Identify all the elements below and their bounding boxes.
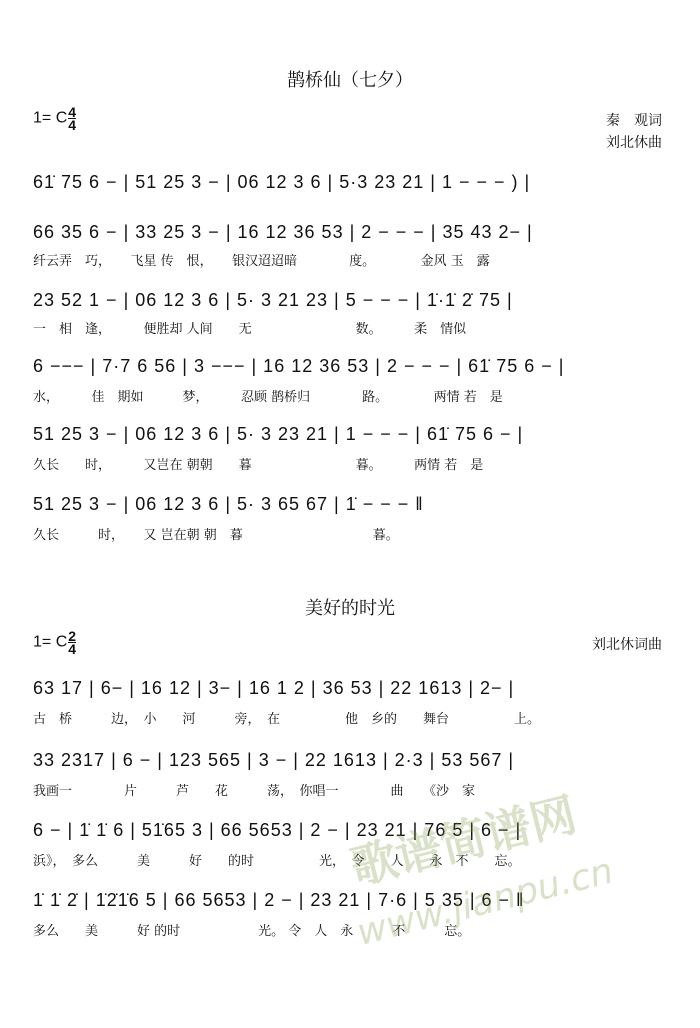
key-label: 1= C bbox=[33, 634, 67, 651]
lyricist-credit: 秦 观词 bbox=[606, 110, 662, 130]
notation-line: 51 25 3 − | 06 12 3 6 | 5· 3 23 21 | 1 −… bbox=[33, 424, 523, 445]
key-label: 1= C bbox=[33, 110, 67, 127]
key-signature-1: 1= C44 bbox=[33, 106, 76, 131]
lyric-line: 纤云弄 巧， 飞星 传 恨， 银汉迢迢暗 度。 金风 玉 露 bbox=[33, 250, 490, 269]
score-title-1: 鹊桥仙（七夕） bbox=[0, 66, 700, 92]
notation-line: 66 35 6 − | 33 25 3 − | 16 12 36 53 | 2 … bbox=[33, 222, 533, 243]
time-signature: 24 bbox=[68, 630, 76, 655]
lyric-line: 久长 时， 又 岂在朝 朝 暮 暮。 bbox=[33, 524, 399, 543]
notation-line: 61̇ 75 6 − | 51 25 3 − | 06 12 3 6 | 5·3… bbox=[33, 172, 530, 193]
key-signature-2: 1= C24 bbox=[33, 630, 76, 655]
lyric-line: 一 相 逢， 便胜却 人间 无 数。 柔 情似 bbox=[33, 318, 466, 337]
composer-credit: 刘北休词曲 bbox=[592, 634, 662, 654]
lyric-line: 久长 时， 又岂在 朝朝 暮 暮。 两情 若 是 bbox=[33, 454, 483, 473]
notation-line: 63 17 | 6− | 16 12 | 3− | 16 1 2 | 36 53… bbox=[33, 678, 514, 699]
lyric-line: 我画一 片 芦 花 荡， 你唱一 曲 《沙 家 bbox=[33, 780, 475, 799]
lyric-line: 水， 佳 期如 梦， 忍顾 鹊桥归 路。 两情 若 是 bbox=[33, 386, 503, 405]
notation-line: 23 52 1 − | 06 12 3 6 | 5· 3 21 23 | 5 −… bbox=[33, 290, 513, 311]
time-signature: 44 bbox=[68, 106, 76, 131]
composer-credit: 刘北休曲 bbox=[606, 132, 662, 152]
notation-line: 51 25 3 − | 06 12 3 6 | 5· 3 65 67 | 1̇ … bbox=[33, 494, 424, 515]
notation-line: 6 −−− | 7·7 6 56 | 3 −−− | 16 12 36 53 |… bbox=[33, 356, 564, 377]
score-title-2: 美好的时光 bbox=[0, 594, 700, 620]
notation-line: 33 2317 | 6 − | 123 565 | 3 − | 22 1613 … bbox=[33, 750, 514, 771]
lyric-line: 古 桥 边， 小 河 旁， 在 他 乡的 舞台 上。 bbox=[33, 708, 540, 727]
